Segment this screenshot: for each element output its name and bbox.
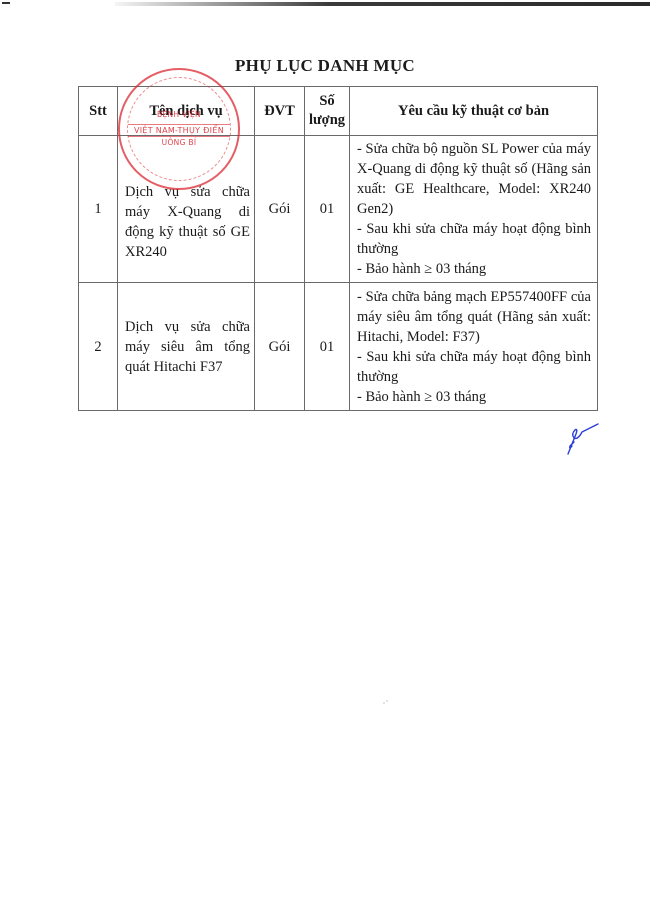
cell-service-name: Dịch vụ sửa chữa máy X-Quang di động kỹ … [118,136,255,283]
header-quantity-line2: lượng [309,112,345,128]
cell-requirements: - Sửa chữa bảng mạch EP557400FF của máy … [350,283,598,411]
scan-speck [383,700,389,704]
table-row: 1 Dịch vụ sửa chữa máy X-Quang di động k… [79,136,598,283]
cell-stt: 1 [79,136,118,283]
header-service-name: Tên dịch vụ [118,87,255,136]
scan-edge-mark [2,2,10,4]
cell-service-name: Dịch vụ sửa chữa máy siêu âm tổng quát H… [118,283,255,411]
cell-requirements: - Sửa chữa bộ nguồn SL Power của máy X-Q… [350,136,598,283]
catalog-table: Stt Tên dịch vụ ĐVT Số lượng Yêu cầu kỹ … [78,86,598,411]
service-name-text: Dịch vụ sửa chữa máy X-Quang di động kỹ … [125,156,250,262]
requirement-line: - Sau khi sửa chữa máy hoạt động bình th… [357,219,591,259]
cell-quantity: 01 [305,283,350,411]
header-quantity: Số lượng [305,87,350,136]
table-row: 2 Dịch vụ sửa chữa máy siêu âm tổng quát… [79,283,598,411]
cell-stt: 2 [79,283,118,411]
requirement-line: - Sửa chữa bảng mạch EP557400FF của máy … [357,287,591,347]
header-requirements: Yêu cầu kỹ thuật cơ bản [350,87,598,136]
table-header-row: Stt Tên dịch vụ ĐVT Số lượng Yêu cầu kỹ … [79,87,598,136]
header-unit: ĐVT [255,87,305,136]
signature-icon [560,420,600,456]
header-quantity-line1: Số [319,93,334,109]
cell-unit: Gói [255,136,305,283]
document-title: PHỤ LỤC DANH MỤC [0,56,650,76]
cell-quantity: 01 [305,136,350,283]
header-stt: Stt [79,87,118,136]
requirement-line: - Sửa chữa bộ nguồn SL Power của máy X-Q… [357,139,591,219]
requirement-line: - Sau khi sửa chữa máy hoạt động bình th… [357,347,591,387]
cell-unit: Gói [255,283,305,411]
scan-top-edge [115,2,650,6]
requirement-line: - Bảo hành ≥ 03 tháng [357,387,591,407]
requirement-line: - Bảo hành ≥ 03 tháng [357,259,591,279]
